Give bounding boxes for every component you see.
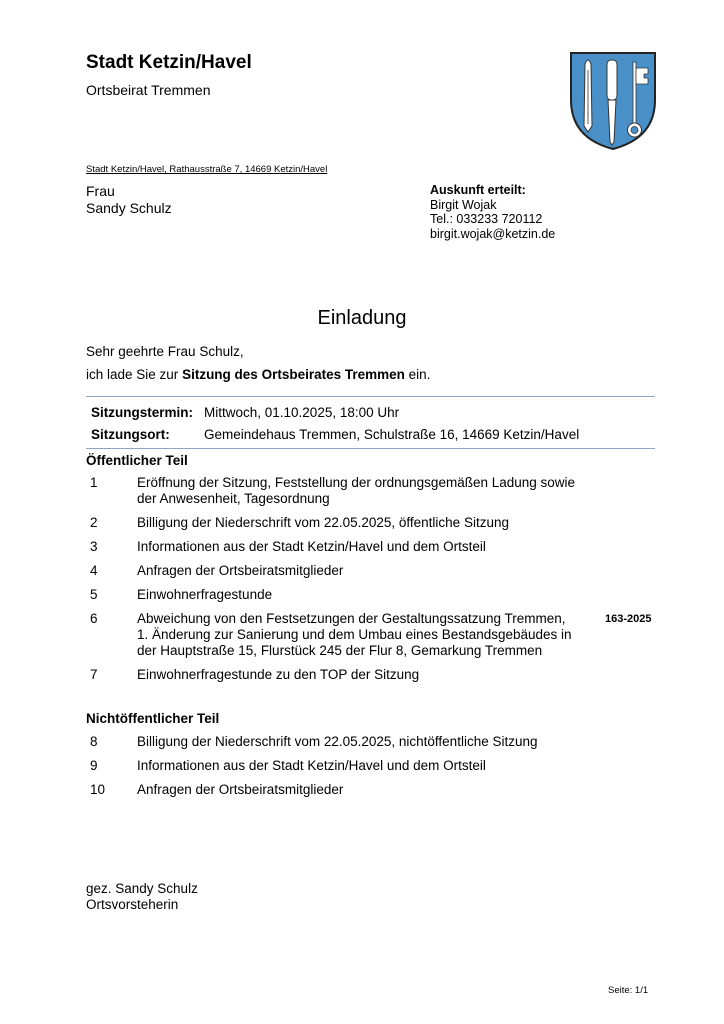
agenda-item-text: Informationen aus der Stadt Ketzin/Havel… xyxy=(137,758,577,774)
recipient-name: Sandy Schulz xyxy=(86,200,172,217)
intro-post: ein. xyxy=(405,367,431,382)
intro-bold: Sitzung des Ortsbeirates Tremmen xyxy=(182,367,405,382)
agenda-item-text: Einwohnerfragestunde xyxy=(137,587,577,603)
agenda-item-text: Einwohnerfragestunde zu den TOP der Sitz… xyxy=(137,667,577,683)
public-part-heading: Öffentlicher Teil xyxy=(86,453,188,468)
meeting-place-row: Sitzungsort: Gemeindehaus Tremmen, Schul… xyxy=(86,423,655,445)
contact-name: Birgit Wojak xyxy=(430,198,555,213)
agenda-item: 3Informationen aus der Stadt Ketzin/Have… xyxy=(86,539,666,555)
agenda-item-number: 5 xyxy=(86,587,137,603)
agenda-item-text: Eröffnung der Sitzung, Feststellung der … xyxy=(137,475,577,507)
agenda-item-reference: 163-2025 xyxy=(605,611,652,627)
org-subtitle: Ortsbeirat Tremmen xyxy=(86,82,210,98)
agenda-item-number: 8 xyxy=(86,734,137,750)
recipient-salutation: Frau xyxy=(86,183,172,200)
agenda-item-text: Anfragen der Ortsbeiratsmitglieder xyxy=(137,563,577,579)
sender-address-line: Stadt Ketzin/Havel, Rathausstraße 7, 146… xyxy=(86,164,327,175)
signature-role: Ortsvorsteherin xyxy=(86,897,198,913)
org-title: Stadt Ketzin/Havel xyxy=(86,52,252,74)
agenda-item-text: Billigung der Niederschrift vom 22.05.20… xyxy=(137,734,577,750)
signature-name: gez. Sandy Schulz xyxy=(86,881,198,897)
agenda-item-number: 10 xyxy=(86,782,137,798)
page-number: Seite: 1/1 xyxy=(608,985,648,996)
contact-email: birgit.wojak@ketzin.de xyxy=(430,227,555,242)
meeting-date-value: Mittwoch, 01.10.2025, 18:00 Uhr xyxy=(204,405,399,420)
agenda-item-number: 2 xyxy=(86,515,137,531)
agenda-item-number: 1 xyxy=(86,475,137,507)
contact-heading: Auskunft erteilt: xyxy=(430,183,555,198)
document-title: Einladung xyxy=(0,307,724,330)
agenda-item-number: 4 xyxy=(86,563,137,579)
agenda-item: 8Billigung der Niederschrift vom 22.05.2… xyxy=(86,734,666,750)
agenda-item: 2Billigung der Niederschrift vom 22.05.2… xyxy=(86,515,666,531)
agenda-item: 10Anfragen der Ortsbeiratsmitglieder xyxy=(86,782,666,798)
agenda-item-number: 6 xyxy=(86,611,137,659)
agenda-item: 9Informationen aus der Stadt Ketzin/Have… xyxy=(86,758,666,774)
agenda-item: 6Abweichung von den Festsetzungen der Ge… xyxy=(86,611,666,659)
agenda-item: 4Anfragen der Ortsbeiratsmitglieder xyxy=(86,563,666,579)
agenda-item-number: 9 xyxy=(86,758,137,774)
letter-salutation: Sehr geehrte Frau Schulz, xyxy=(86,344,244,359)
agenda-item-text: Billigung der Niederschrift vom 22.05.20… xyxy=(137,515,577,531)
private-part-heading: Nichtöffentlicher Teil xyxy=(86,711,219,726)
meeting-details: Sitzungstermin: Mittwoch, 01.10.2025, 18… xyxy=(86,396,655,449)
agenda-item-text: Abweichung von den Festsetzungen der Ges… xyxy=(137,611,577,659)
private-agenda-list: 8Billigung der Niederschrift vom 22.05.2… xyxy=(86,734,666,806)
agenda-item: 7Einwohnerfragestunde zu den TOP der Sit… xyxy=(86,667,666,683)
agenda-item: 1Eröffnung der Sitzung, Feststellung der… xyxy=(86,475,666,507)
coat-of-arms-icon xyxy=(568,50,658,152)
agenda-item: 5Einwohnerfragestunde xyxy=(86,587,666,603)
intro-pre: ich lade Sie zur xyxy=(86,367,182,382)
agenda-item-text: Informationen aus der Stadt Ketzin/Havel… xyxy=(137,539,577,555)
signature-block: gez. Sandy Schulz Ortsvorsteherin xyxy=(86,881,198,913)
recipient-block: Frau Sandy Schulz xyxy=(86,183,172,217)
contact-block: Auskunft erteilt: Birgit Wojak Tel.: 033… xyxy=(430,183,555,241)
intro-sentence: ich lade Sie zur Sitzung des Ortsbeirate… xyxy=(86,367,430,382)
meeting-date-label: Sitzungstermin: xyxy=(86,405,204,420)
agenda-item-number: 3 xyxy=(86,539,137,555)
agenda-item-text: Anfragen der Ortsbeiratsmitglieder xyxy=(137,782,577,798)
agenda-item-number: 7 xyxy=(86,667,137,683)
meeting-place-value: Gemeindehaus Tremmen, Schulstraße 16, 14… xyxy=(204,427,579,442)
meeting-date-row: Sitzungstermin: Mittwoch, 01.10.2025, 18… xyxy=(86,401,655,423)
meeting-place-label: Sitzungsort: xyxy=(86,427,204,442)
contact-phone: Tel.: 033233 720112 xyxy=(430,212,555,227)
public-agenda-list: 1Eröffnung der Sitzung, Feststellung der… xyxy=(86,475,666,691)
